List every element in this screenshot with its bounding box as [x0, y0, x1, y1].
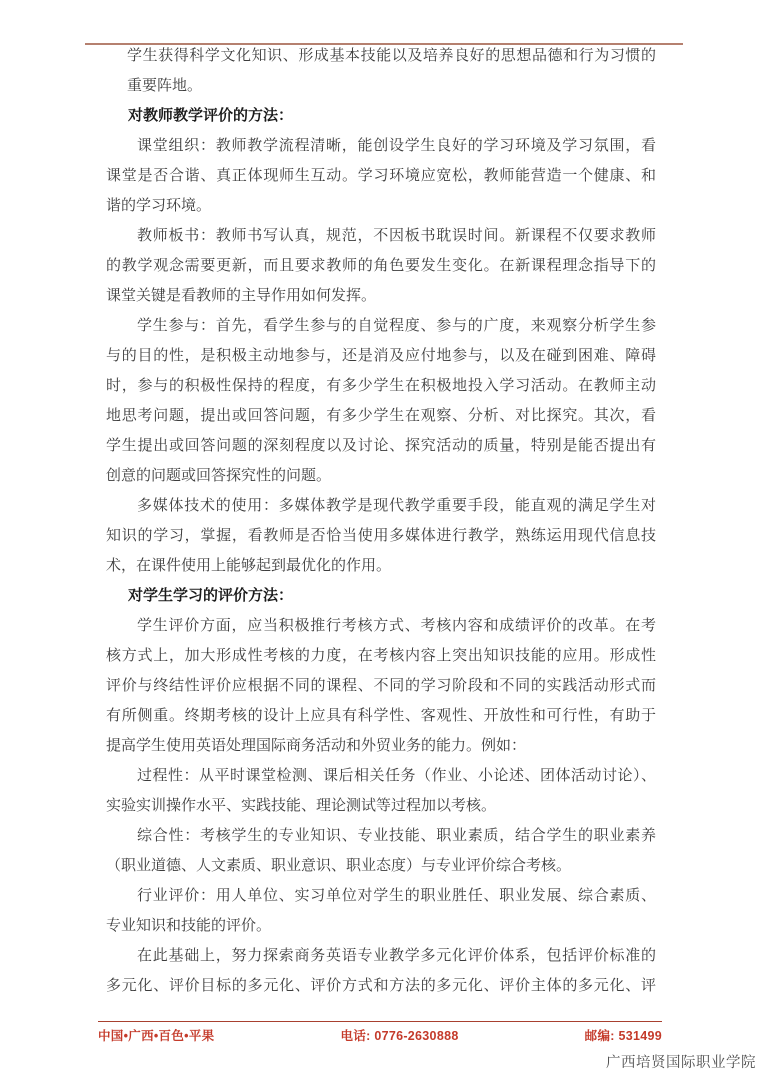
text-line: 教师板书：教师书写认真，规范，不因板书耽误时间。新课程不仅要求教师	[106, 221, 656, 251]
paragraph: 在此基础上，努力探索商务英语专业教学多元化评价体系，包括评价标准的 多元化、评价…	[106, 941, 656, 1001]
paragraph: 教师板书：教师书写认真，规范，不因板书耽误时间。新课程不仅要求教师 的教学观念需…	[106, 221, 656, 311]
paragraph: 行业评价：用人单位、实习单位对学生的职业胜任、职业发展、综合素质、 专业知识和技…	[106, 881, 656, 941]
document-body: 学生获得科学文化知识、形成基本技能以及培养良好的思想品德和行为习惯的 重要阵地。…	[106, 41, 656, 1001]
school-name-watermark: 广西培贤国际职业学院	[606, 1051, 756, 1072]
text-line: 知识的学习，掌握，看教师是否恰当使用多媒体进行教学，熟练运用现代信息技	[106, 521, 656, 551]
text-line: 课堂组织：教师教学流程清晰，能创设学生良好的学习环境及学习氛围，看	[106, 131, 656, 161]
heading-line: 对教师教学评价的方法：	[106, 101, 656, 131]
text-line: 在此基础上，努力探索商务英语专业教学多元化评价体系，包括评价标准的	[106, 941, 656, 971]
paragraph: 学生获得科学文化知识、形成基本技能以及培养良好的思想品德和行为习惯的 重要阵地。	[106, 41, 656, 101]
text-line: 有所侧重。终期考核的设计上应具有科学性、客观性、开放性和可行性，有助于	[106, 701, 656, 731]
paragraph: 学生参与：首先，看学生参与的自觉程度、参与的广度，来观察分析学生参 与的目的性，…	[106, 311, 656, 491]
paragraph: 学生评价方面，应当积极推行考核方式、考核内容和成绩评价的改革。在考 核方式上，加…	[106, 611, 656, 761]
text-line: 课堂是否合谐、真正体现师生互动。学习环境应宽松，教师能营造一个健康、和	[106, 161, 656, 191]
section-heading-teacher-eval: 对教师教学评价的方法：	[106, 101, 656, 131]
text-line: 多元化、评价目标的多元化、评价方式和方法的多元化、评价主体的多元化、评	[106, 971, 656, 1001]
text-line: 学生获得科学文化知识、形成基本技能以及培养良好的思想品德和行为习惯的	[106, 41, 656, 71]
text-line: 学生提出或回答问题的深刻程度以及讨论、探究活动的质量，特别是能否提出有	[106, 431, 656, 461]
heading-line: 对学生学习的评价方法：	[106, 581, 656, 611]
page-footer: 中国•广西•百色•平果 电话: 0776-2630888 邮编: 531499	[98, 1026, 662, 1044]
text-line: 谐的学习环境。	[106, 191, 656, 221]
text-line: 创意的问题或回答探究性的问题。	[106, 461, 656, 491]
text-line: 地思考问题，提出或回答问题，有多少学生在观察、分析、对比探究。其次，看	[106, 401, 656, 431]
paragraph: 综合性：考核学生的专业知识、专业技能、职业素质，结合学生的职业素养 （职业道德、…	[106, 821, 656, 881]
text-line: 时，参与的积极性保持的程度，有多少学生在积极地投入学习活动。在教师主动	[106, 371, 656, 401]
section-heading-student-eval: 对学生学习的评价方法：	[106, 581, 656, 611]
text-line: （职业道德、人文素质、职业意识、职业态度）与专业评价综合考核。	[106, 851, 656, 881]
footer-phone: 电话: 0776-2630888	[341, 1026, 459, 1044]
text-line: 评价与终结性评价应根据不同的课程、不同的学习阶段和不同的实践活动形式而	[106, 671, 656, 701]
text-line: 重要阵地。	[106, 71, 656, 101]
text-line: 的教学观念需要更新，而且要求教师的角色要发生变化。在新课程理念指导下的	[106, 251, 656, 281]
paragraph: 课堂组织：教师教学流程清晰，能创设学生良好的学习环境及学习氛围，看 课堂是否合谐…	[106, 131, 656, 221]
text-line: 综合性：考核学生的专业知识、专业技能、职业素质，结合学生的职业素养	[106, 821, 656, 851]
paragraph: 多媒体技术的使用：多媒体教学是现代教学重要手段，能直观的满足学生对 知识的学习，…	[106, 491, 656, 581]
text-line: 提高学生使用英语处理国际商务活动和外贸业务的能力。例如：	[106, 731, 656, 761]
text-line: 行业评价：用人单位、实习单位对学生的职业胜任、职业发展、综合素质、	[106, 881, 656, 911]
text-line: 过程性：从平时课堂检测、课后相关任务（作业、小论述、团体活动讨论）、	[106, 761, 656, 791]
text-line: 专业知识和技能的评价。	[106, 911, 656, 941]
paragraph: 过程性：从平时课堂检测、课后相关任务（作业、小论述、团体活动讨论）、 实验实训操…	[106, 761, 656, 821]
text-line: 学生参与：首先，看学生参与的自觉程度、参与的广度，来观察分析学生参	[106, 311, 656, 341]
footer-postcode: 邮编: 531499	[585, 1026, 662, 1044]
text-line: 与的目的性，是积极主动地参与，还是消及应付地参与，以及在碰到困难、障碍	[106, 341, 656, 371]
document-page: 学生获得科学文化知识、形成基本技能以及培养良好的思想品德和行为习惯的 重要阵地。…	[0, 0, 763, 1080]
footer-rule	[98, 1021, 662, 1022]
text-line: 学生评价方面，应当积极推行考核方式、考核内容和成绩评价的改革。在考	[106, 611, 656, 641]
text-line: 课堂关键是看教师的主导作用如何发挥。	[106, 281, 656, 311]
footer-location: 中国•广西•百色•平果	[98, 1026, 214, 1044]
text-line: 核方式上，加大形成性考核的力度，在考核内容上突出知识技能的应用。形成性	[106, 641, 656, 671]
text-line: 术，在课件使用上能够起到最优化的作用。	[106, 551, 656, 581]
text-line: 多媒体技术的使用：多媒体教学是现代教学重要手段，能直观的满足学生对	[106, 491, 656, 521]
text-line: 实验实训操作水平、实践技能、理论测试等过程加以考核。	[106, 791, 656, 821]
